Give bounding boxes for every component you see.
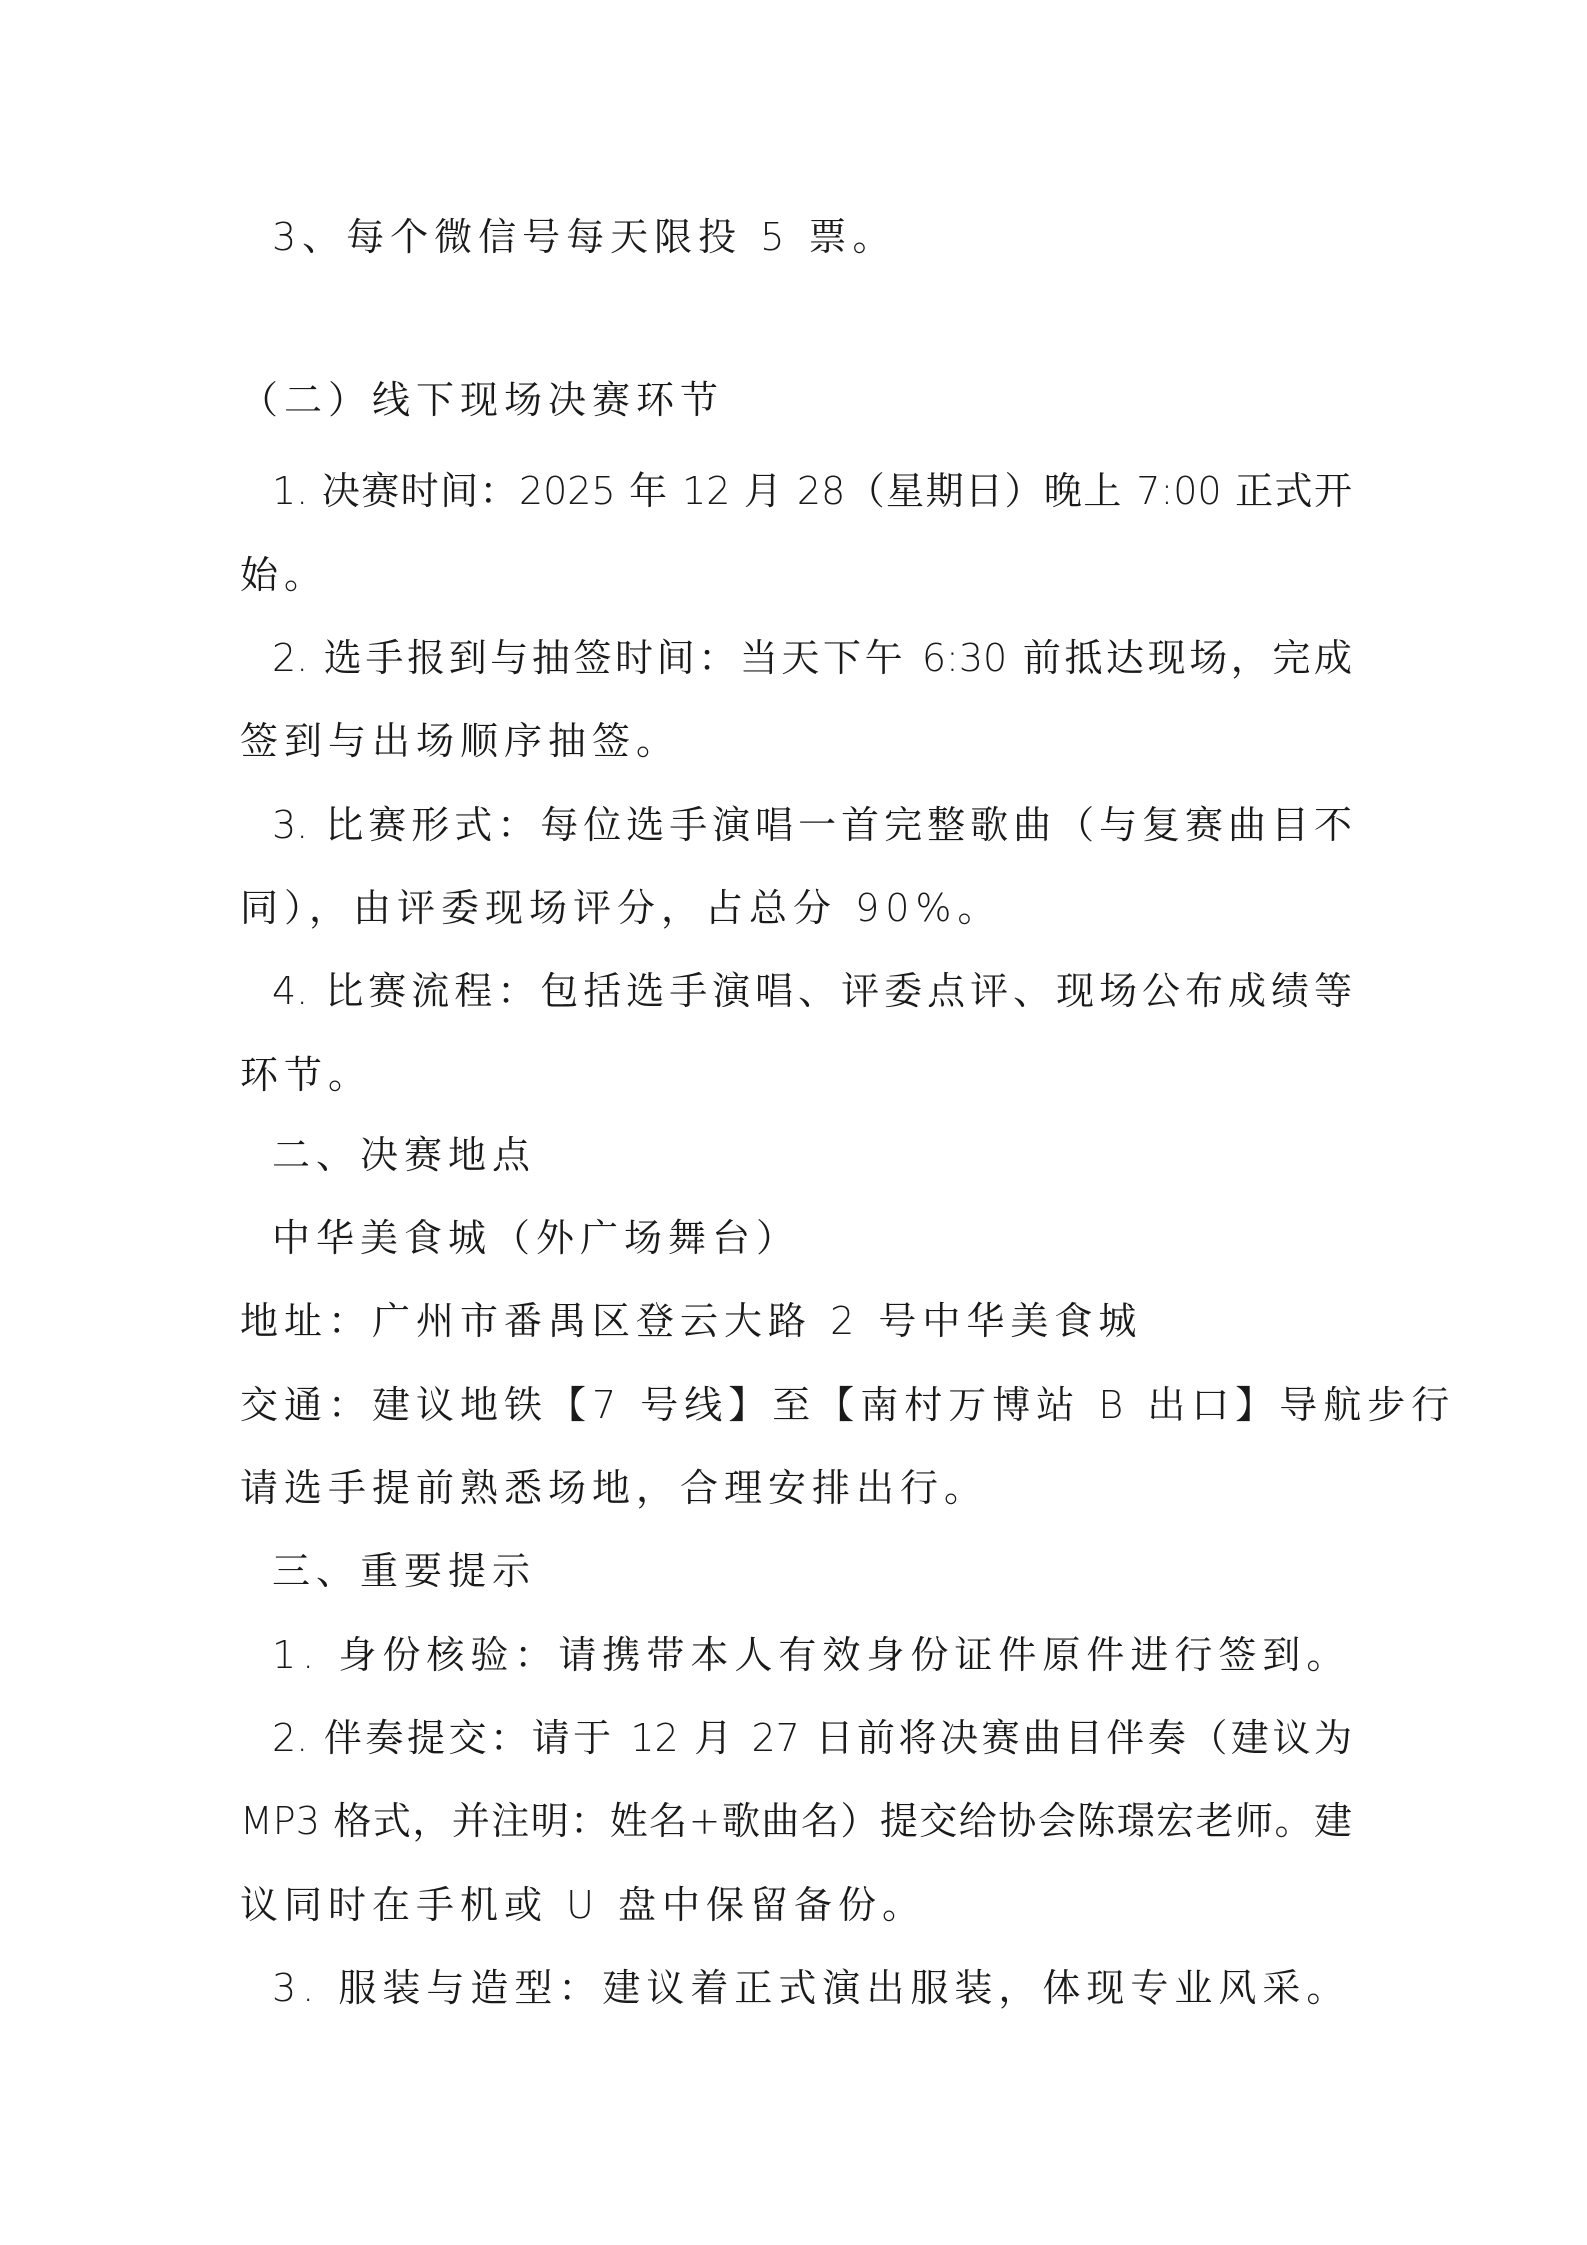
venue-heading: 二、决赛地点 [272, 1130, 536, 1180]
checkin-time-line2: 签到与出场顺序抽签。 [240, 716, 680, 766]
final-time-line1: 1. 决赛时间：2025 年 12 月 28（星期日）晚上 7:00 正式开 [272, 466, 1352, 516]
voting-rule-text: 3、每个微信号每天限投 5 票。 [272, 212, 897, 262]
venue-note: 请选手提前熟悉场地，合理安排出行。 [240, 1463, 988, 1513]
checkin-time-line1: 2. 选手报到与抽签时间：当天下午 6:30 前抵达现场，完成 [272, 633, 1352, 683]
tip-accompaniment-line3: 议同时在手机或 U 盘中保留备份。 [240, 1880, 926, 1930]
offline-final-heading: （二）线下现场决赛环节 [240, 375, 724, 425]
venue-address: 地址：广州市番禺区登云大路 2 号中华美食城 [240, 1296, 1142, 1346]
tip-accompaniment-line2: MP3 格式，并注明：姓名+歌曲名）提交给协会陈璟宏老师。建 [240, 1796, 1352, 1846]
document-page: 3、每个微信号每天限投 5 票。 （二）线下现场决赛环节 1. 决赛时间：202… [0, 0, 1587, 2245]
competition-format-line1: 3. 比赛形式：每位选手演唱一首完整歌曲（与复赛曲目不 [272, 800, 1352, 850]
competition-process-line2: 环节。 [240, 1050, 372, 1100]
competition-process-line1: 4. 比赛流程：包括选手演唱、评委点评、现场公布成绩等 [272, 966, 1352, 1016]
venue-transport: 交通：建议地铁【7 号线】至【南村万博站 B 出口】导航步行 [240, 1380, 1455, 1430]
tip-accompaniment-line1: 2. 伴奏提交：请于 12 月 27 日前将决赛曲目伴奏（建议为 [272, 1713, 1352, 1763]
tip-id-verification: 1. 身份核验：请携带本人有效身份证件原件进行签到。 [272, 1630, 1350, 1680]
tips-heading: 三、重要提示 [272, 1546, 536, 1596]
final-time-line2: 始。 [240, 550, 328, 600]
tip-costume: 3. 服装与造型：建议着正式演出服装，体现专业风采。 [272, 1963, 1350, 2013]
competition-format-line2: 同），由评委现场评分，占总分 90%。 [240, 883, 1002, 933]
venue-name: 中华美食城（外广场舞台） [272, 1213, 800, 1263]
